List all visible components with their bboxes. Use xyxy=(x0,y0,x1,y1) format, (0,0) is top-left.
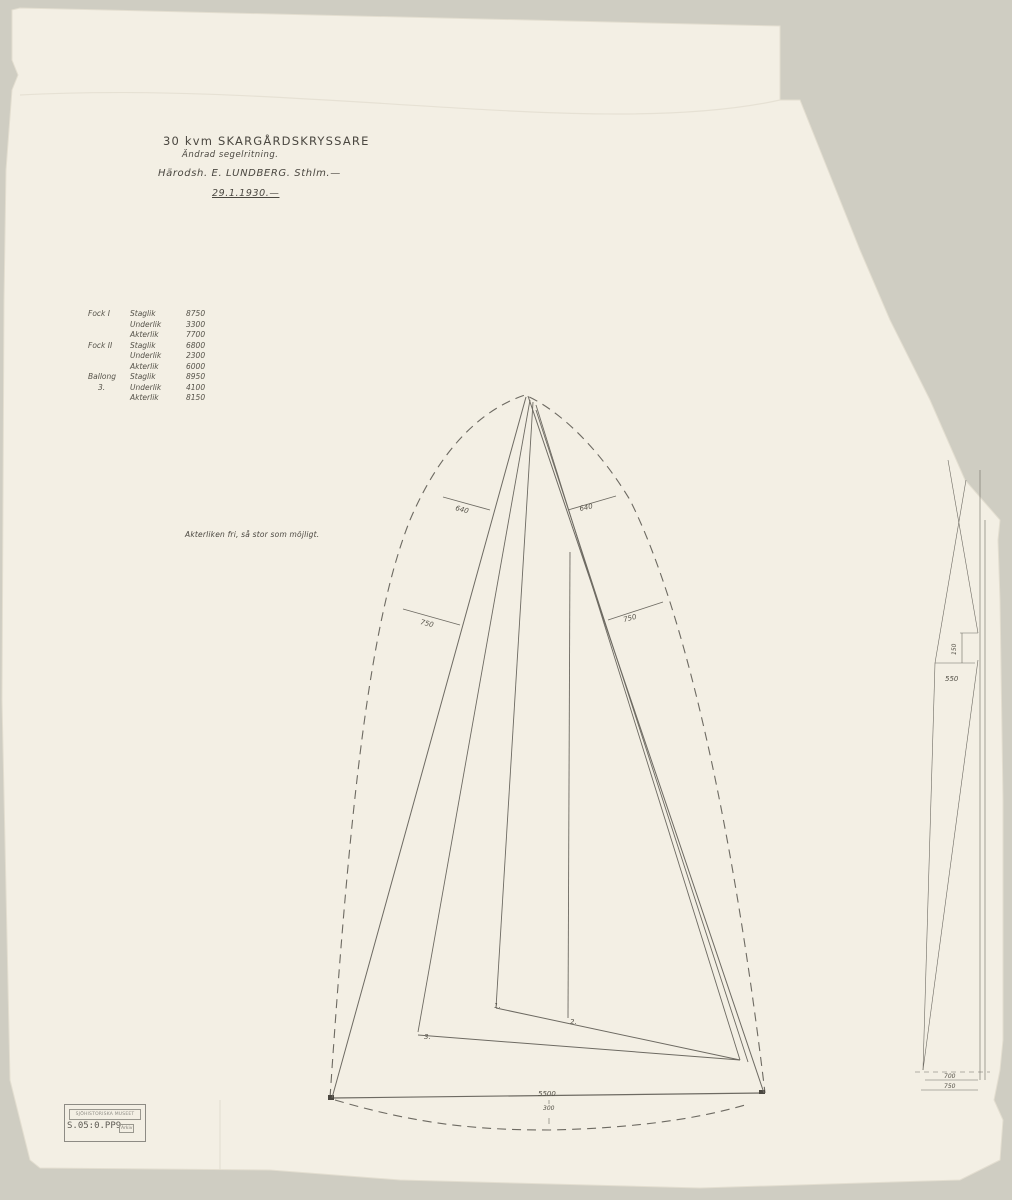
clew-label-2: 2. xyxy=(570,1018,577,1026)
archive-stamp: SJÖHISTORISKA MUSEET S.05:0.PP9 Arkiv xyxy=(64,1104,146,1142)
drawing-date: 29.1.1930.— xyxy=(212,188,279,199)
leech-note: Akterliken fri, så stor som möjligt. xyxy=(185,530,319,539)
drawing-subtitle: Ändrad segelritning. xyxy=(182,150,278,160)
orderer-line: Härodsh. E. LUNDBERG. Sthlm.— xyxy=(158,168,341,179)
stamp-label: Arkiv xyxy=(119,1124,134,1133)
sail-drawing-sheet: 640 640 750 750 1. 2. 3. 5500 300 150 55… xyxy=(0,0,1012,1200)
table-row: Akterlik8150 xyxy=(88,393,216,404)
table-row: Fock IStaglik8750 xyxy=(88,309,216,320)
sail-dimensions-table: Fock IStaglik8750 Underlik3300 Akterlik7… xyxy=(88,309,216,404)
paper-sheet xyxy=(2,8,1003,1188)
clew-label-3: 3. xyxy=(424,1033,431,1041)
table-row: Underlik3300 xyxy=(88,320,216,331)
clew-label-1: 1. xyxy=(494,1002,501,1010)
table-row: Fock IIStaglik6800 xyxy=(88,341,216,352)
stamp-header: SJÖHISTORISKA MUSEET xyxy=(69,1109,141,1120)
table-row: BallongStaglik8950 xyxy=(88,372,216,383)
stamp-number: S.05:0.PP9 xyxy=(67,1121,121,1131)
side-bottom-label-2: 750 xyxy=(944,1083,956,1090)
side-width-label: 550 xyxy=(945,675,959,683)
table-row: Akterlik7700 xyxy=(88,330,216,341)
table-row: 3.Underlik4100 xyxy=(88,383,216,394)
side-height-label: 150 xyxy=(951,643,958,655)
foot-length-label: 5500 xyxy=(538,1090,556,1098)
side-bottom-label-1: 700 xyxy=(944,1073,956,1080)
drawing-title: 30 kvm SKARGÅRDSKRYSSARE xyxy=(163,134,370,148)
foot-roach-label: 300 xyxy=(543,1105,555,1112)
table-row: Akterlik6000 xyxy=(88,362,216,373)
table-row: Underlik2300 xyxy=(88,351,216,362)
